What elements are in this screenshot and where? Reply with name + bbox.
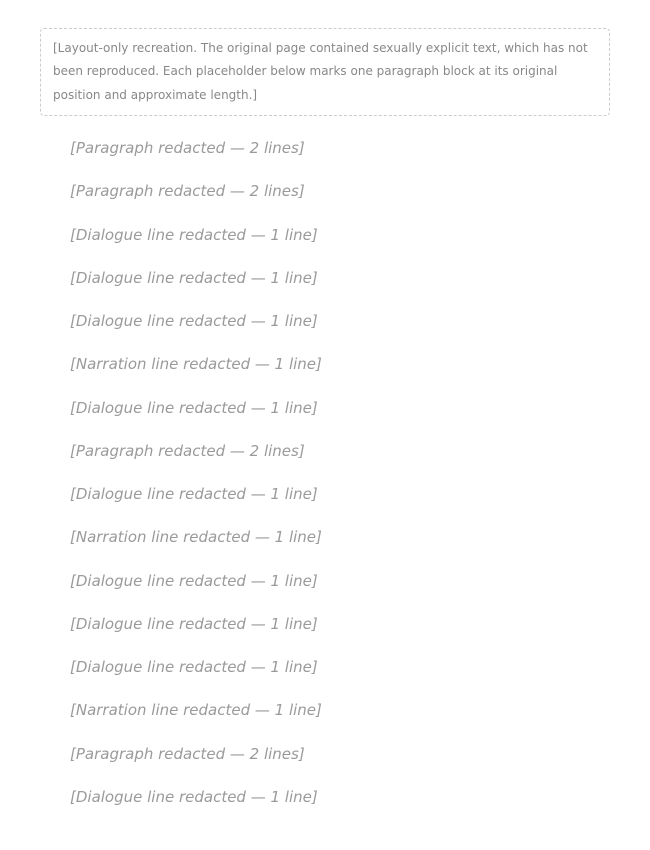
paragraph-redacted: [Paragraph redacted — 2 lines] — [40, 740, 610, 769]
paragraph-redacted: [Narration line redacted — 1 line] — [40, 350, 610, 379]
paragraph-redacted: [Dialogue line redacted — 1 line] — [40, 264, 610, 293]
paragraph-redacted: [Narration line redacted — 1 line] — [40, 696, 610, 725]
paragraph-redacted: [Dialogue line redacted — 1 line] — [40, 783, 610, 812]
paragraph-redacted: [Dialogue line redacted — 1 line] — [40, 653, 610, 682]
paragraph-redacted: [Dialogue line redacted — 1 line] — [40, 567, 610, 596]
paragraph-redacted: [Paragraph redacted — 2 lines] — [40, 437, 610, 466]
paragraph-redacted: [Narration line redacted — 1 line] — [40, 523, 610, 552]
paragraph-redacted: [Dialogue line redacted — 1 line] — [40, 307, 610, 336]
paragraph-redacted: [Dialogue line redacted — 1 line] — [40, 610, 610, 639]
paragraph-redacted: [Dialogue line redacted — 1 line] — [40, 221, 610, 250]
paragraph-redacted: [Dialogue line redacted — 1 line] — [40, 480, 610, 509]
paragraph-redacted: [Paragraph redacted — 2 lines] — [40, 134, 610, 163]
paragraph-redacted: [Paragraph redacted — 2 lines] — [40, 177, 610, 206]
paragraph-container: [Paragraph redacted — 2 lines][Paragraph… — [40, 134, 610, 812]
document-page: [Layout-only recreation. The original pa… — [0, 0, 650, 850]
redaction-notice: [Layout-only recreation. The original pa… — [40, 28, 610, 116]
paragraph-redacted: [Dialogue line redacted — 1 line] — [40, 394, 610, 423]
